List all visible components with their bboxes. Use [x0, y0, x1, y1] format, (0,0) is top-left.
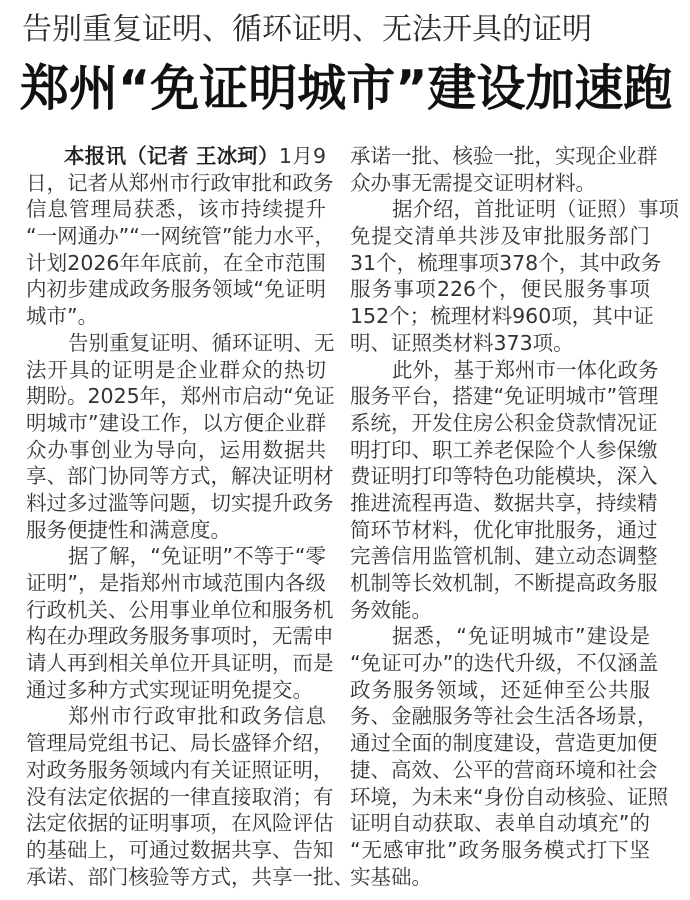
- text-line: 众办事创业为导向，运用数据共: [26, 437, 326, 464]
- text-line: 简环节材料，优化审批服务，通过: [350, 517, 650, 544]
- text-line: 内初步建成政务服务领域“免证明: [26, 276, 326, 303]
- text-line: 31个，梳理事项378个，其中政务: [350, 250, 650, 277]
- text-line: 服务便捷性和满意度。: [26, 517, 326, 544]
- article-column-right: 承诺一批、核验一批，实现企业群众办事无需提交证明材料。据介绍，首批证明（证照）事…: [350, 143, 650, 890]
- text-line: 行政机关、公用事业单位和服务机: [26, 597, 326, 624]
- text-line: 管理局党组书记、局长盛铎介绍，: [26, 730, 326, 757]
- article-headline: 郑州“免证明城市”建设加速跑: [20, 50, 672, 120]
- text-line: 期盼。2025年，郑州市启动“免证: [26, 383, 326, 410]
- text-line: “无感审批”政务服务模式打下坚: [350, 837, 650, 864]
- text-line: 据悉，“免证明城市”建设是: [350, 623, 650, 650]
- text-line: 务、金融服务等社会生活各场景，: [350, 703, 650, 730]
- text-line: 环境，为未来“身份自动核验、证照: [350, 784, 650, 811]
- text-line: 的基础上，可通过数据共享、告知: [26, 837, 326, 864]
- article-subtitle: 告别重复证明、循环证明、无法开具的证明: [22, 4, 592, 48]
- text-line: 证明”，是指郑州市域范围内各级: [26, 570, 326, 597]
- text-line: 日，记者从郑州市行政审批和政务: [26, 170, 326, 197]
- text-line: 料过多过滥等问题，切实提升政务: [26, 490, 326, 517]
- byline: 本报讯（记者 王冰珂）: [64, 144, 279, 168]
- text-line: 明、证照类材料373项。: [350, 330, 650, 357]
- text-line: 政务服务领域，还延伸至公共服: [350, 677, 650, 704]
- text-line: 承诺、部门核验等方式，共享一批、: [26, 864, 326, 891]
- text-line: 通过多种方式实现证明免提交。: [26, 677, 326, 704]
- text-line: 信息管理局获悉，该市持续提升: [26, 196, 326, 223]
- text-line: 费证明打印等特色功能模块，深入: [350, 463, 650, 490]
- text-line: 完善信用监管机制、建立动态调整: [350, 543, 650, 570]
- text-line: 捷、高效、公平的营商环境和社会: [350, 757, 650, 784]
- text-line: 服务事项226个，便民服务事项: [350, 276, 650, 303]
- text-line: 推进流程再造、数据共享，持续精: [350, 490, 650, 517]
- text-line: 证明自动获取、表单自动填充”的: [350, 810, 650, 837]
- text-line: “免证可办”的迭代升级，不仅涵盖: [350, 650, 650, 677]
- text-line: 本报讯（记者 王冰珂）1月9: [26, 143, 326, 170]
- text-line: 法定依据的证明事项，在风险评估: [26, 810, 326, 837]
- text-line: 对政务服务领域内有关证照证明，: [26, 757, 326, 784]
- text-line: 计划2026年年底前，在全市范围: [26, 250, 326, 277]
- text-line: 告别重复证明、循环证明、无: [26, 330, 326, 357]
- text-line: 承诺一批、核验一批，实现企业群: [350, 143, 650, 170]
- text-line: 请人再到相关单位开具证明，而是: [26, 650, 326, 677]
- text-line: 务效能。: [350, 597, 650, 624]
- text-line: 服务平台，搭建“免证明城市”管理: [350, 383, 650, 410]
- text-line: 通过全面的制度建设，营造更加便: [350, 730, 650, 757]
- text-line: 此外，基于郑州市一体化政务: [350, 357, 650, 384]
- text-line: 众办事无需提交证明材料。: [350, 170, 650, 197]
- text-line: 机制等长效机制，不断提高政务服: [350, 570, 650, 597]
- text-line: 构在办理政务服务事项时，无需申: [26, 623, 326, 650]
- text-line: 没有法定依据的一律直接取消；有: [26, 784, 326, 811]
- text-line: 免提交清单共涉及审批服务部门: [350, 223, 650, 250]
- text-line: 享、部门协同等方式，解决证明材: [26, 463, 326, 490]
- article-column-left: 本报讯（记者 王冰珂）1月9日，记者从郑州市行政审批和政务信息管理局获悉，该市持…: [26, 143, 326, 890]
- text-line: 152个；梳理材料960项，其中证: [350, 303, 650, 330]
- byline-date: 1月9: [279, 144, 326, 168]
- text-line: 郑州市行政审批和政务信息: [26, 703, 326, 730]
- text-line: “一网通办”“一网统管”能力水平，: [26, 223, 326, 250]
- text-line: 据了解，“免证明”不等于“零: [26, 543, 326, 570]
- text-line: 系统，开发住房公积金贷款情况证: [350, 410, 650, 437]
- text-line: 城市”。: [26, 303, 326, 330]
- text-line: 据介绍，首批证明（证照）事项: [350, 196, 650, 223]
- text-line: 法开具的证明是企业群众的热切: [26, 357, 326, 384]
- text-line: 实基础。: [350, 864, 650, 891]
- text-line: 明城市”建设工作，以方便企业群: [26, 410, 326, 437]
- text-line: 明打印、职工养老保险个人参保缴: [350, 437, 650, 464]
